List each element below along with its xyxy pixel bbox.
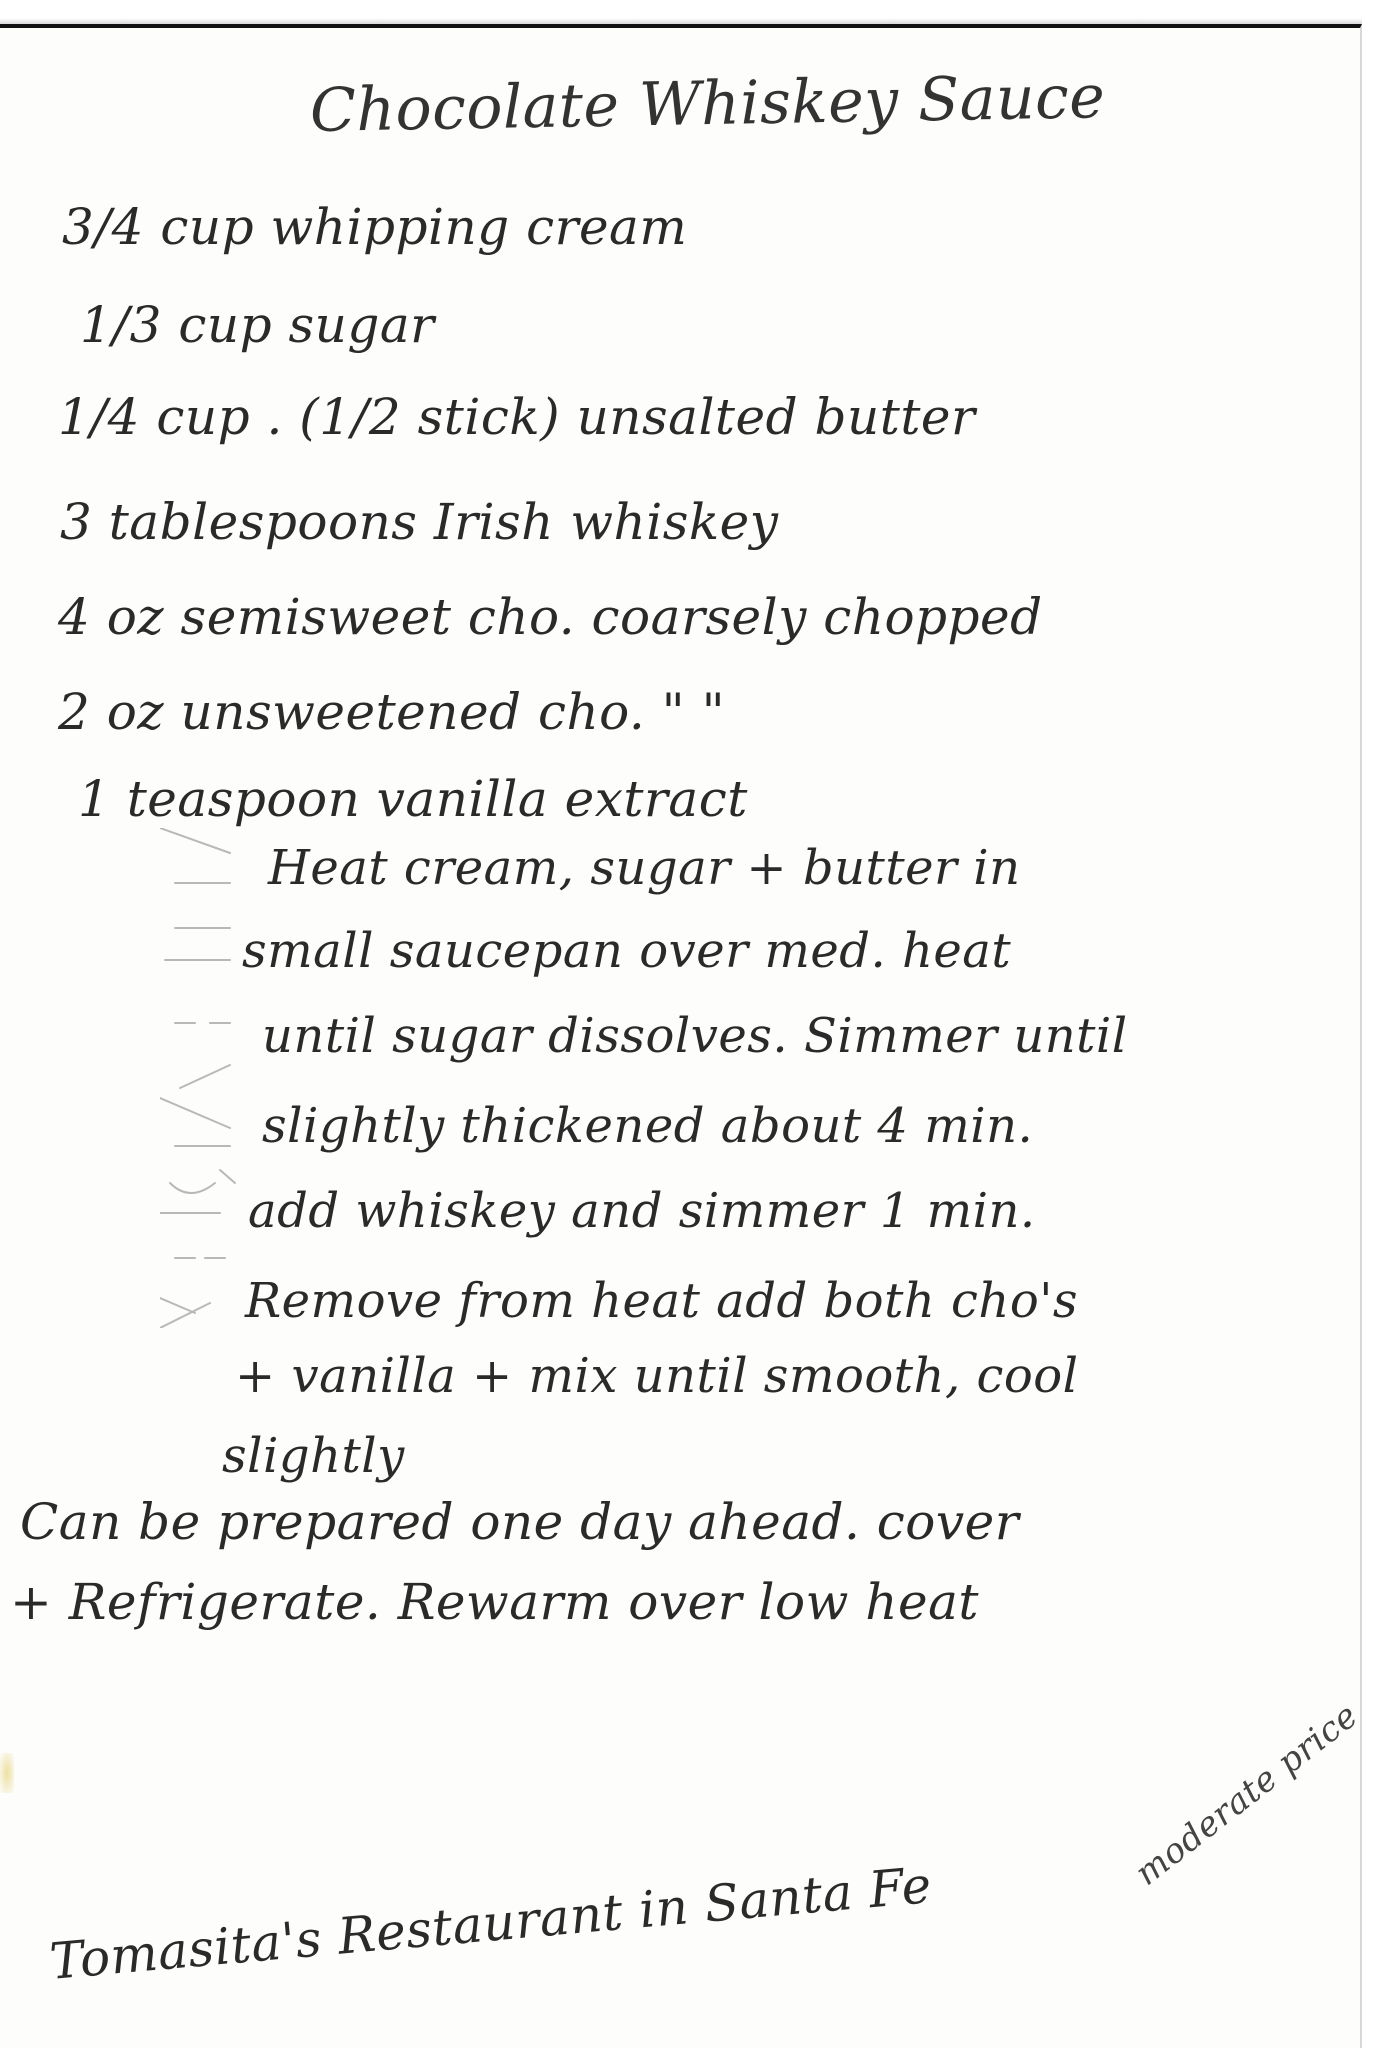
direction-line: add whiskey and simmer 1 min. <box>248 1183 1036 1239</box>
direction-line: slightly <box>222 1428 405 1484</box>
direction-line: until sugar dissolves. Simmer until <box>262 1008 1128 1064</box>
direction-line: Remove from heat add both cho's <box>245 1273 1078 1329</box>
bleed-through-marks <box>160 828 270 1328</box>
direction-line: + vanilla + mix until smooth, cool <box>235 1348 1079 1404</box>
direction-line: small saucepan over med. heat <box>242 923 1011 979</box>
source-price-annotation: moderate price <box>1128 1696 1366 1894</box>
recipe-title: Chocolate Whiskey Sauce <box>309 62 1105 146</box>
ingredient-line: 2 oz unsweetened cho. " " <box>58 683 725 741</box>
direction-line: Heat cream, sugar + butter in <box>268 840 1020 896</box>
make-ahead-note: Can be prepared one day ahead. cover <box>20 1493 1019 1551</box>
recipe-source: Tomasita's Restaurant in Santa Fe <box>47 1856 933 1991</box>
recipe-card: Chocolate Whiskey Sauce 3/4 cup whipping… <box>0 24 1362 2048</box>
ingredient-line: 1 teaspoon vanilla extract <box>78 770 748 828</box>
ingredient-line: 4 oz semisweet cho. coarsely chopped <box>58 588 1043 646</box>
ingredient-line: 1/4 cup . (1/2 stick) unsalted butter <box>58 388 975 446</box>
direction-line: slightly thickened about 4 min. <box>262 1098 1033 1154</box>
paper-stain <box>0 1753 14 1793</box>
ingredient-line: 1/3 cup sugar <box>80 296 435 354</box>
make-ahead-note: + Refrigerate. Rewarm over low heat <box>10 1573 979 1631</box>
ingredient-line: 3/4 cup whipping cream <box>62 198 687 256</box>
ingredient-line: 3 tablespoons Irish whiskey <box>60 493 779 551</box>
